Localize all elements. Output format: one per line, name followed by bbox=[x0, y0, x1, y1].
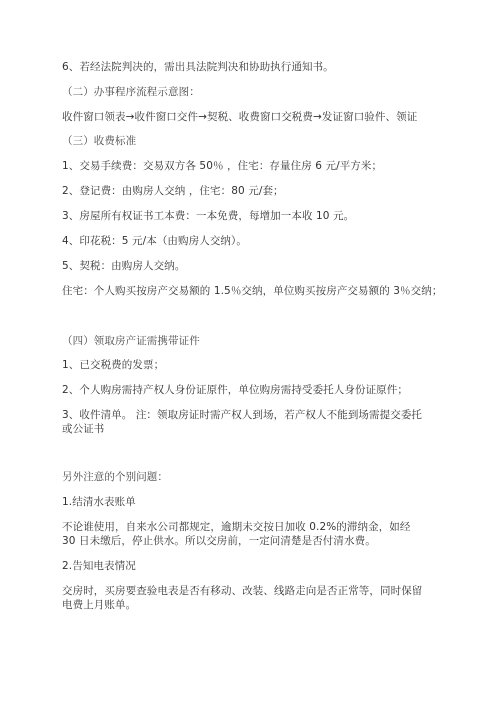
paragraph-water-bill: 不论谁使用，自来水公司都规定，逾期未交按日加收 0.2%的滞纳金，如经 30 日… bbox=[62, 520, 424, 548]
heading-other-notes: 另外注意的个别问题： bbox=[62, 470, 432, 484]
fee-item-stamp-duty: 4、印花税：5 元/本（由购房人交纳）。 bbox=[62, 234, 432, 248]
heading-procedure-flow: （二）办事程序流程示意图： bbox=[62, 85, 432, 99]
heading-required-documents: （四）领取房产证需携带证件 bbox=[62, 334, 432, 348]
heading-fee-standard: （三）收费标准 bbox=[62, 134, 432, 148]
document-item-id: 2、个人购房需持产权人身份证原件，单位购房需持受委托人身份证原件； bbox=[62, 383, 432, 397]
paragraph-court-judgment: 6、若经法院判决的，需出具法院判决和协助执行通知书。 bbox=[62, 60, 432, 74]
fee-item-registration: 2、登记费：由购房人交纳 ，住宅：80 元/套； bbox=[62, 184, 432, 198]
paragraph-procedure-steps: 收件窗口领表→收件窗口交件→契税、收费窗口交税费→发证窗口验件、领证 bbox=[62, 110, 432, 124]
fee-item-certificate: 3、房屋所有权证书工本费：一本免费，每增加一本收 10 元。 bbox=[62, 209, 432, 223]
document-item-receipt-list: 3、收件清单。 注：领取房证时需产权人到场，若产权人不能到场需提交委托或公证书 bbox=[62, 408, 424, 436]
document-page: 6、若经法院判决的，需出具法院判决和协助执行通知书。 （二）办事程序流程示意图：… bbox=[0, 0, 500, 707]
fee-item-deed-tax: 5、契税：由购房人交纳。 bbox=[62, 259, 432, 273]
fee-item-transaction: 1、交易手续费：交易双方各 50％ ，住宅：存量住房 6 元/平方米； bbox=[62, 159, 432, 173]
subheading-electricity-meter: 2.告知电表情况 bbox=[62, 559, 432, 573]
paragraph-electricity-meter: 交房时，买房要查验电表是否有移动、改装、线路走向是否正常等，同时保留电费上月账单… bbox=[62, 584, 424, 612]
paragraph-deed-tax-rates: 住宅：个人购买按房产交易额的 1.5％交纳，单位购买按房产交易额的 3％交纳； bbox=[62, 284, 432, 298]
subheading-water-bill: 1.结清水表账单 bbox=[62, 495, 432, 509]
document-item-invoice: 1、已交税费的发票； bbox=[62, 358, 432, 372]
